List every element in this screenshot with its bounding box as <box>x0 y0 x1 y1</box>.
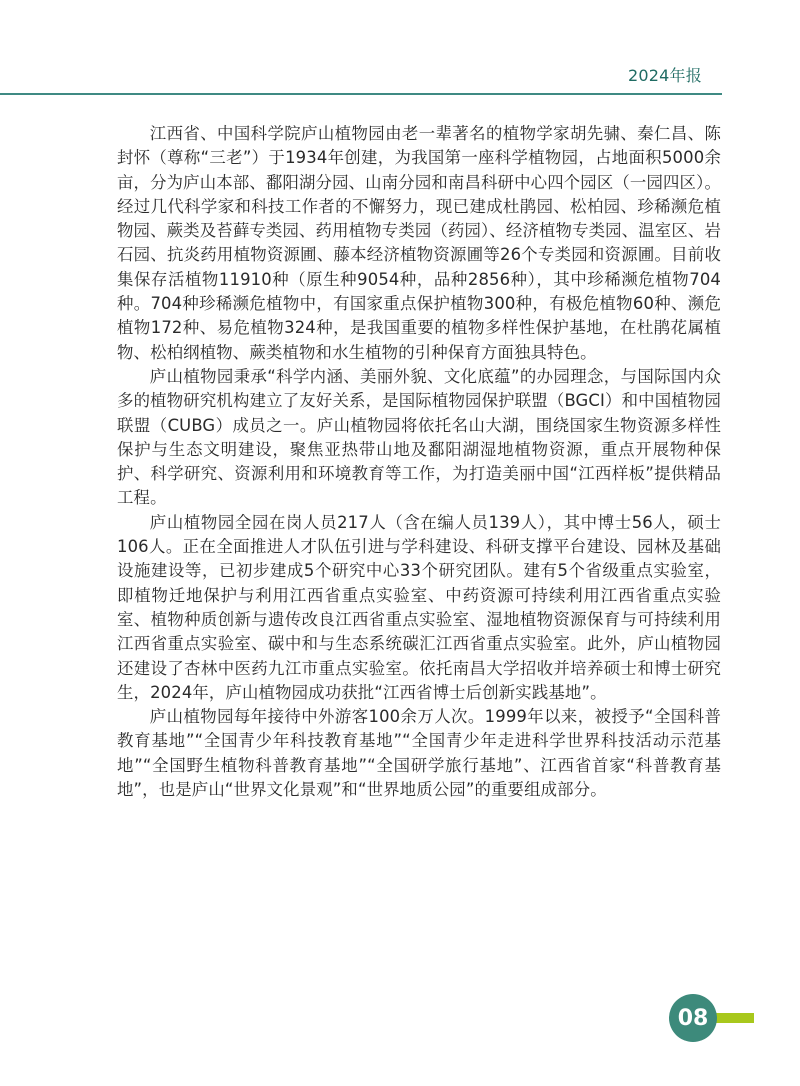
header-divider <box>0 93 722 95</box>
article-body: 江西省、中国科学院庐山植物园由老一辈著名的植物学家胡先骕、秦仁昌、陈封怀（尊称“… <box>117 122 721 802</box>
page-number-accent-bar <box>712 1013 754 1023</box>
report-title: 2024年报 <box>628 63 702 86</box>
paragraph-philosophy: 庐山植物园秉承“科学内涵、美丽外貌、文化底蕴”的办园理念，与国际国内众多的植物研… <box>117 365 721 511</box>
paragraph-visitors: 庐山植物园每年接待中外游客100余万人次。1999年以来，被授予“全国科普教育基… <box>117 705 721 802</box>
page-number: 08 <box>678 1006 709 1031</box>
paragraph-staff: 庐山植物园全园在岗人员217人（含在编人员139人），其中博士56人，硕士106… <box>117 511 721 705</box>
paragraph-overview: 江西省、中国科学院庐山植物园由老一辈著名的植物学家胡先骕、秦仁昌、陈封怀（尊称“… <box>117 122 721 365</box>
page-number-badge: 08 <box>669 994 717 1042</box>
